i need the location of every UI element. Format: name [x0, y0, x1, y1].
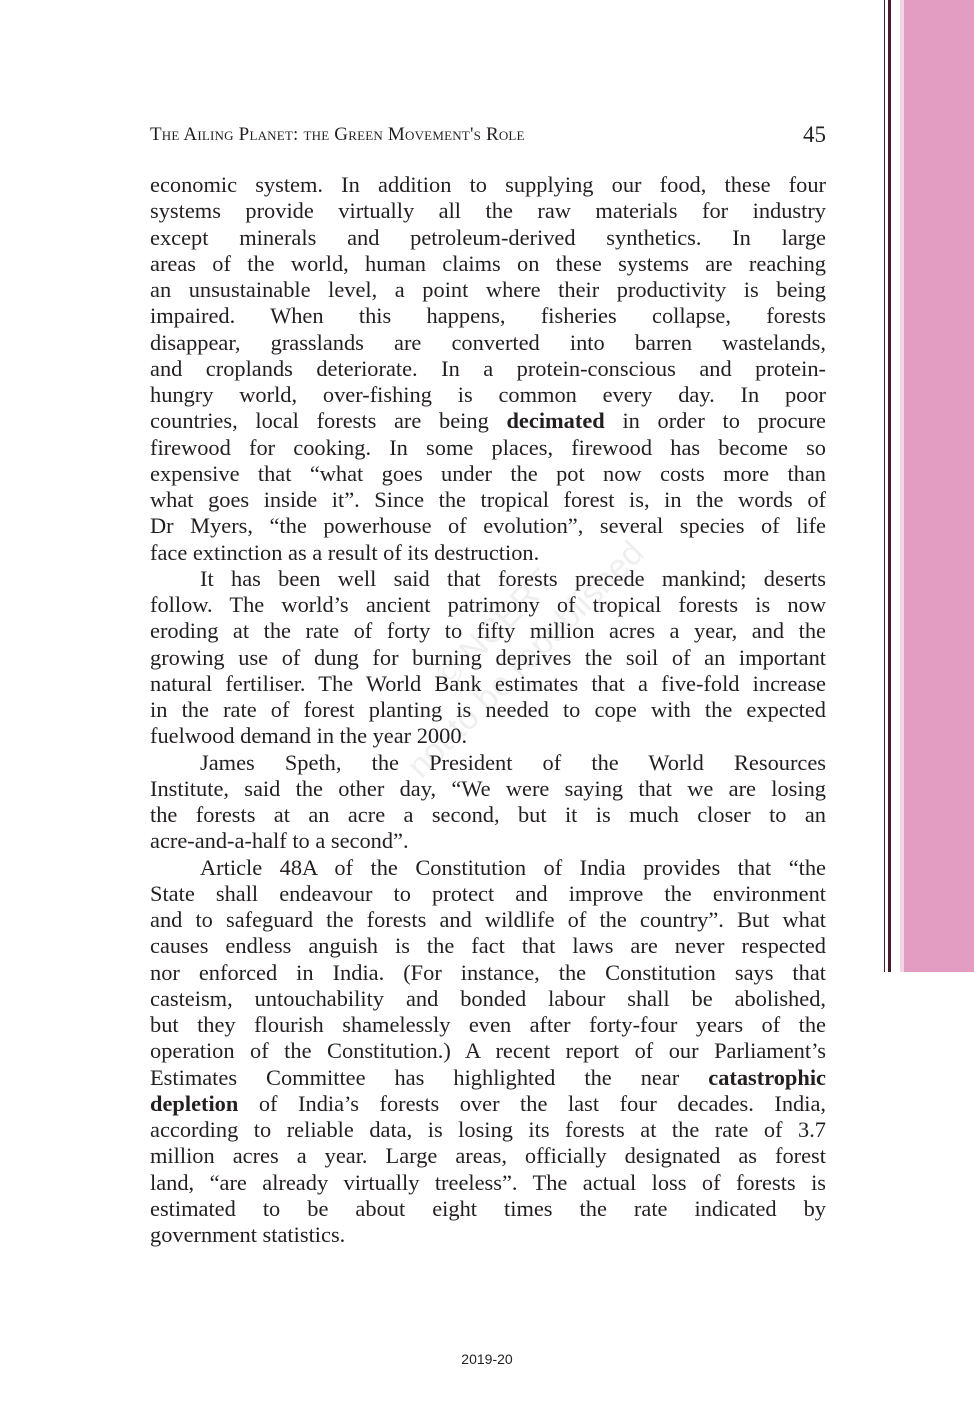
page-number: 45	[803, 122, 826, 148]
text-line: Dr Myers, “the powerhouse of evolution”,…	[150, 513, 826, 539]
text-line: James Speth, the President of the World …	[150, 750, 826, 776]
text-line: expensive that “what goes under the pot …	[150, 461, 826, 487]
text-line: but they flourish shamelessly even after…	[150, 1012, 826, 1038]
text-line: Article 48A of the Constitution of India…	[150, 855, 826, 881]
text-line: casteism, untouchability and bonded labo…	[150, 986, 826, 1012]
text-line: growing use of dung for burning deprives…	[150, 645, 826, 671]
text-line: hungry world, over-fishing is common eve…	[150, 382, 826, 408]
bold-term: decimated	[506, 408, 604, 433]
text-line: operation of the Constitution.) A recent…	[150, 1038, 826, 1064]
text-line: government statistics.	[150, 1222, 826, 1248]
text-line: natural fertiliser. The World Bank estim…	[150, 671, 826, 697]
text-line: fuelwood demand in the year 2000.	[150, 723, 826, 749]
text-line: firewood for cooking. In some places, fi…	[150, 435, 826, 461]
border-thin-rule	[884, 0, 885, 972]
border-thick-rule	[888, 0, 891, 972]
text-line: and croplands deteriorate. In a protein-…	[150, 356, 826, 382]
text-line: impaired. When this happens, fisheries c…	[150, 303, 826, 329]
text-line: the forests at an acre a second, but it …	[150, 802, 826, 828]
footer-year: 2019-20	[0, 1351, 974, 1367]
bold-term: depletion	[150, 1091, 238, 1116]
bold-term: catastrophic	[708, 1065, 826, 1090]
text-line: acre-and-a-half to a second”.	[150, 828, 826, 854]
text-line: State shall endeavour to protect and imp…	[150, 881, 826, 907]
text-segment: of India’s forests over the last four de…	[238, 1091, 826, 1116]
text-line: economic system. In addition to supplyin…	[150, 172, 826, 198]
text-line: face extinction as a result of its destr…	[150, 540, 826, 566]
text-line: Estimates Committee has highlighted the …	[150, 1065, 826, 1091]
text-line: follow. The world’s ancient patrimony of…	[150, 592, 826, 618]
running-head: The Ailing Planet: the Green Movement's …	[150, 122, 826, 148]
text-line: nor enforced in India. (For instance, th…	[150, 960, 826, 986]
text-line: except minerals and petroleum-derived sy…	[150, 225, 826, 251]
text-line: areas of the world, human claims on thes…	[150, 251, 826, 277]
text-line: countries, local forests are being decim…	[150, 408, 826, 434]
text-segment: in order to procure	[605, 408, 826, 433]
text-line: land, “are already virtually treeless”. …	[150, 1170, 826, 1196]
running-title: The Ailing Planet: the Green Movement's …	[150, 124, 525, 146]
text-line: estimated to be about eight times the ra…	[150, 1196, 826, 1222]
text-line: and to safeguard the forests and wildlif…	[150, 907, 826, 933]
text-line: depletion of India’s forests over the la…	[150, 1091, 826, 1117]
text-line: disappear, grasslands are converted into…	[150, 330, 826, 356]
text-line: in the rate of forest planting is needed…	[150, 697, 826, 723]
text-line: Institute, said the other day, “We were …	[150, 776, 826, 802]
text-line: according to reliable data, is losing it…	[150, 1117, 826, 1143]
text-line: an unsustainable level, a point where th…	[150, 277, 826, 303]
text-line: It has been well said that forests prece…	[150, 566, 826, 592]
text-line: million acres a year. Large areas, offic…	[150, 1143, 826, 1169]
body-text: economic system. In addition to supplyin…	[150, 172, 826, 1248]
text-segment: Estimates Committee has highlighted the …	[150, 1065, 708, 1090]
text-line: causes endless anguish is the fact that …	[150, 933, 826, 959]
text-line: what goes inside it”. Since the tropical…	[150, 487, 826, 513]
text-line: systems provide virtually all the raw ma…	[150, 198, 826, 224]
text-line: eroding at the rate of forty to fifty mi…	[150, 618, 826, 644]
text-segment: countries, local forests are being	[150, 408, 506, 433]
pink-margin-band	[904, 0, 974, 972]
